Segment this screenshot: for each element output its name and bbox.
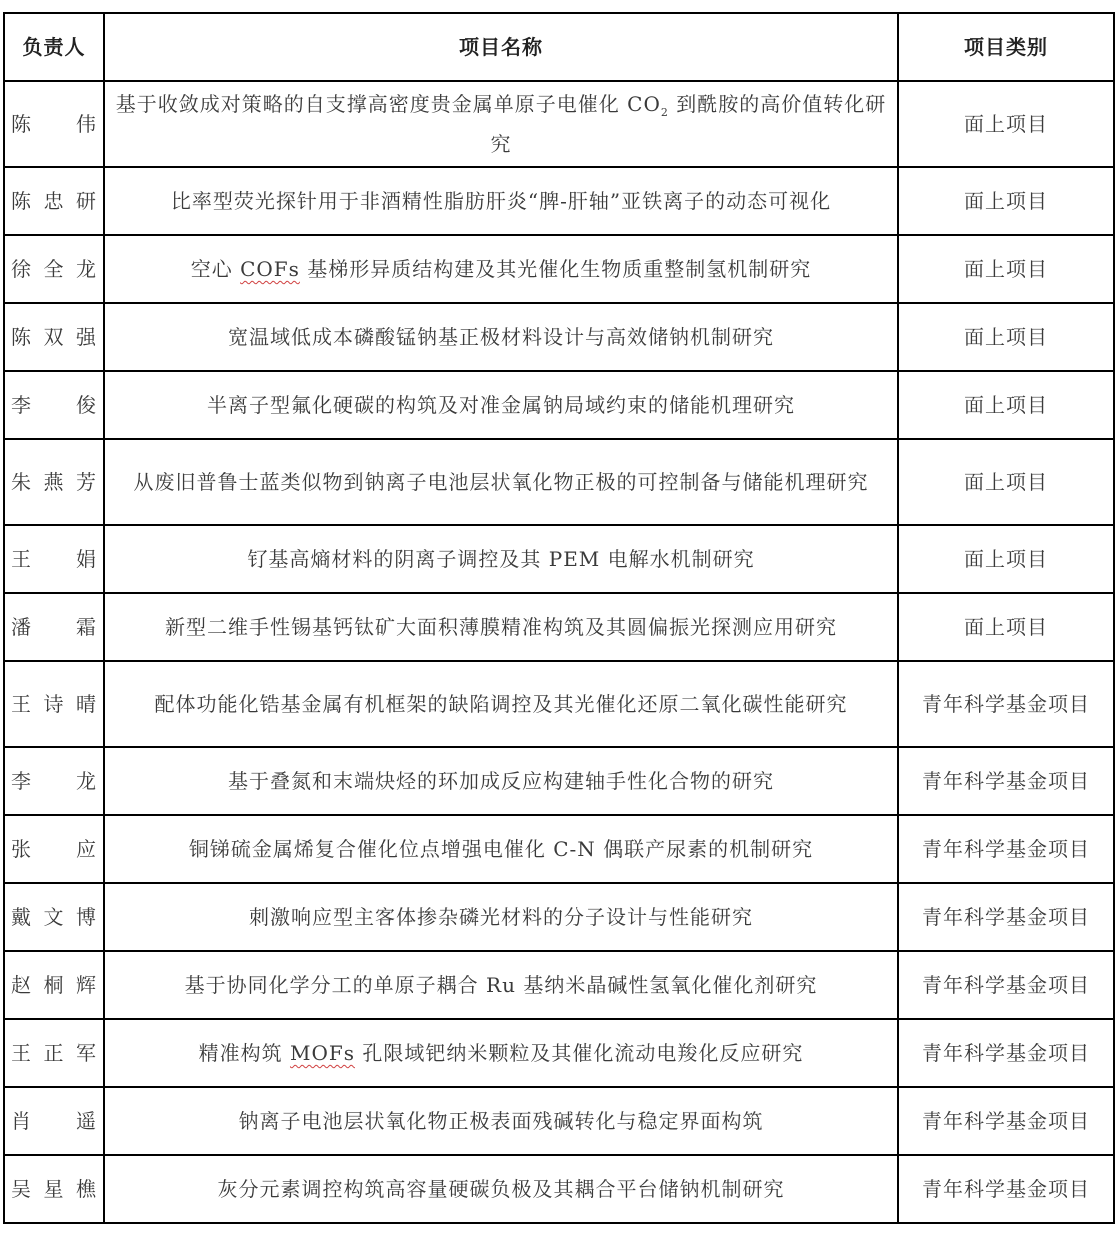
cell-title: 刺激响应型主客体掺杂磷光材料的分子设计与性能研究 bbox=[104, 883, 898, 951]
table-row: 潘 霜 新型二维手性锡基钙钛矿大面积薄膜精准构筑及其圆偏振光探测应用研究 面上项… bbox=[4, 593, 1114, 661]
header-type: 项目类别 bbox=[898, 13, 1114, 81]
title-text: 基于收敛成对策略的自支撑高密度贵金属单原子电催化 CO bbox=[116, 92, 661, 116]
cell-person: 潘 霜 bbox=[4, 593, 104, 661]
table-row: 王诗晴 配体功能化锆基金属有机框架的缺陷调控及其光催化还原二氧化碳性能研究 青年… bbox=[4, 661, 1114, 747]
table-row: 陈 伟 基于收敛成对策略的自支撑高密度贵金属单原子电催化 CO2 到酰胺的高价值… bbox=[4, 81, 1114, 167]
cell-person: 王正军 bbox=[4, 1019, 104, 1087]
table-row: 李 俊 半离子型氟化硬碳的构筑及对准金属钠局域约束的储能机理研究 面上项目 bbox=[4, 371, 1114, 439]
cell-title: 基于收敛成对策略的自支撑高密度贵金属单原子电催化 CO2 到酰胺的高价值转化研究 bbox=[104, 81, 898, 167]
cell-title: 比率型荧光探针用于非酒精性脂肪肝炎“脾-肝轴”亚铁离子的动态可视化 bbox=[104, 167, 898, 235]
title-text: 空心 bbox=[191, 257, 240, 281]
cell-person: 徐全龙 bbox=[4, 235, 104, 303]
table-row: 肖 遥 钠离子电池层状氧化物正极表面残碱转化与稳定界面构筑 青年科学基金项目 bbox=[4, 1087, 1114, 1155]
table-row: 朱燕芳 从废旧普鲁士蓝类似物到钠离子电池层状氧化物正极的可控制备与储能机理研究 … bbox=[4, 439, 1114, 525]
cell-type: 面上项目 bbox=[898, 439, 1114, 525]
table-row: 王正军 精准构筑 MOFs 孔限域钯纳米颗粒及其催化流动电羧化反应研究 青年科学… bbox=[4, 1019, 1114, 1087]
cell-type: 青年科学基金项目 bbox=[898, 951, 1114, 1019]
cell-person: 陈 伟 bbox=[4, 81, 104, 167]
cell-person: 陈忠研 bbox=[4, 167, 104, 235]
cell-person: 李 龙 bbox=[4, 747, 104, 815]
cell-type: 青年科学基金项目 bbox=[898, 883, 1114, 951]
cell-person: 张 应 bbox=[4, 815, 104, 883]
cell-type: 青年科学基金项目 bbox=[898, 661, 1114, 747]
cell-person: 肖 遥 bbox=[4, 1087, 104, 1155]
cell-person: 朱燕芳 bbox=[4, 439, 104, 525]
cell-type: 面上项目 bbox=[898, 593, 1114, 661]
table-row: 徐全龙 空心 COFs 基梯形异质结构建及其光催化生物质重整制氢机制研究 面上项… bbox=[4, 235, 1114, 303]
cell-title: 基于叠氮和末端炔烃的环加成反应构建轴手性化合物的研究 bbox=[104, 747, 898, 815]
cell-type: 青年科学基金项目 bbox=[898, 1019, 1114, 1087]
cell-title: 宽温域低成本磷酸锰钠基正极材料设计与高效储钠机制研究 bbox=[104, 303, 898, 371]
cell-title: 基于协同化学分工的单原子耦合 Ru 基纳米晶碱性氢氧化催化剂研究 bbox=[104, 951, 898, 1019]
cell-person: 李 俊 bbox=[4, 371, 104, 439]
cell-type: 面上项目 bbox=[898, 167, 1114, 235]
cell-type: 面上项目 bbox=[898, 303, 1114, 371]
title-text: 基梯形异质结构建及其光催化生物质重整制氢机制研究 bbox=[300, 257, 811, 281]
cell-person: 王 娟 bbox=[4, 525, 104, 593]
cell-title: 空心 COFs 基梯形异质结构建及其光催化生物质重整制氢机制研究 bbox=[104, 235, 898, 303]
cell-person: 陈双强 bbox=[4, 303, 104, 371]
cell-person: 赵桐辉 bbox=[4, 951, 104, 1019]
cell-title: 半离子型氟化硬碳的构筑及对准金属钠局域约束的储能机理研究 bbox=[104, 371, 898, 439]
spellcheck-marked-word: MOFs bbox=[290, 1041, 355, 1065]
cell-person: 戴文博 bbox=[4, 883, 104, 951]
table-row: 李 龙 基于叠氮和末端炔烃的环加成反应构建轴手性化合物的研究 青年科学基金项目 bbox=[4, 747, 1114, 815]
table-row: 陈忠研 比率型荧光探针用于非酒精性脂肪肝炎“脾-肝轴”亚铁离子的动态可视化 面上… bbox=[4, 167, 1114, 235]
cell-title: 配体功能化锆基金属有机框架的缺陷调控及其光催化还原二氧化碳性能研究 bbox=[104, 661, 898, 747]
cell-person: 王诗晴 bbox=[4, 661, 104, 747]
cell-title: 铜锑硫金属烯复合催化位点增强电催化 C-N 偶联产尿素的机制研究 bbox=[104, 815, 898, 883]
cell-type: 青年科学基金项目 bbox=[898, 1155, 1114, 1223]
header-person: 负责人 bbox=[4, 13, 104, 81]
cell-type: 面上项目 bbox=[898, 371, 1114, 439]
cell-title: 灰分元素调控构筑高容量硬碳负极及其耦合平台储钠机制研究 bbox=[104, 1155, 898, 1223]
spellcheck-marked-word: COFs bbox=[240, 257, 300, 281]
cell-type: 面上项目 bbox=[898, 81, 1114, 167]
title-text: 精准构筑 bbox=[199, 1041, 290, 1065]
cell-type: 青年科学基金项目 bbox=[898, 747, 1114, 815]
cell-title: 钌基高熵材料的阴离子调控及其 PEM 电解水机制研究 bbox=[104, 525, 898, 593]
table-row: 陈双强 宽温域低成本磷酸锰钠基正极材料设计与高效储钠机制研究 面上项目 bbox=[4, 303, 1114, 371]
table-row: 张 应 铜锑硫金属烯复合催化位点增强电催化 C-N 偶联产尿素的机制研究 青年科… bbox=[4, 815, 1114, 883]
title-text: 孔限域钯纳米颗粒及其催化流动电羧化反应研究 bbox=[355, 1041, 803, 1065]
grant-projects-table: 负责人 项目名称 项目类别 陈 伟 基于收敛成对策略的自支撑高密度贵金属单原子电… bbox=[3, 12, 1115, 1224]
cell-type: 面上项目 bbox=[898, 525, 1114, 593]
table-row: 戴文博 刺激响应型主客体掺杂磷光材料的分子设计与性能研究 青年科学基金项目 bbox=[4, 883, 1114, 951]
cell-type: 面上项目 bbox=[898, 235, 1114, 303]
table-row: 王 娟 钌基高熵材料的阴离子调控及其 PEM 电解水机制研究 面上项目 bbox=[4, 525, 1114, 593]
cell-title: 新型二维手性锡基钙钛矿大面积薄膜精准构筑及其圆偏振光探测应用研究 bbox=[104, 593, 898, 661]
table-row: 赵桐辉 基于协同化学分工的单原子耦合 Ru 基纳米晶碱性氢氧化催化剂研究 青年科… bbox=[4, 951, 1114, 1019]
cell-title: 钠离子电池层状氧化物正极表面残碱转化与稳定界面构筑 bbox=[104, 1087, 898, 1155]
cell-type: 青年科学基金项目 bbox=[898, 815, 1114, 883]
table-row: 吴星樵 灰分元素调控构筑高容量硬碳负极及其耦合平台储钠机制研究 青年科学基金项目 bbox=[4, 1155, 1114, 1223]
table-header-row: 负责人 项目名称 项目类别 bbox=[4, 13, 1114, 81]
cell-type: 青年科学基金项目 bbox=[898, 1087, 1114, 1155]
cell-person: 吴星樵 bbox=[4, 1155, 104, 1223]
cell-title: 从废旧普鲁士蓝类似物到钠离子电池层状氧化物正极的可控制备与储能机理研究 bbox=[104, 439, 898, 525]
subscript: 2 bbox=[661, 106, 669, 119]
header-title: 项目名称 bbox=[104, 13, 898, 81]
cell-title: 精准构筑 MOFs 孔限域钯纳米颗粒及其催化流动电羧化反应研究 bbox=[104, 1019, 898, 1087]
